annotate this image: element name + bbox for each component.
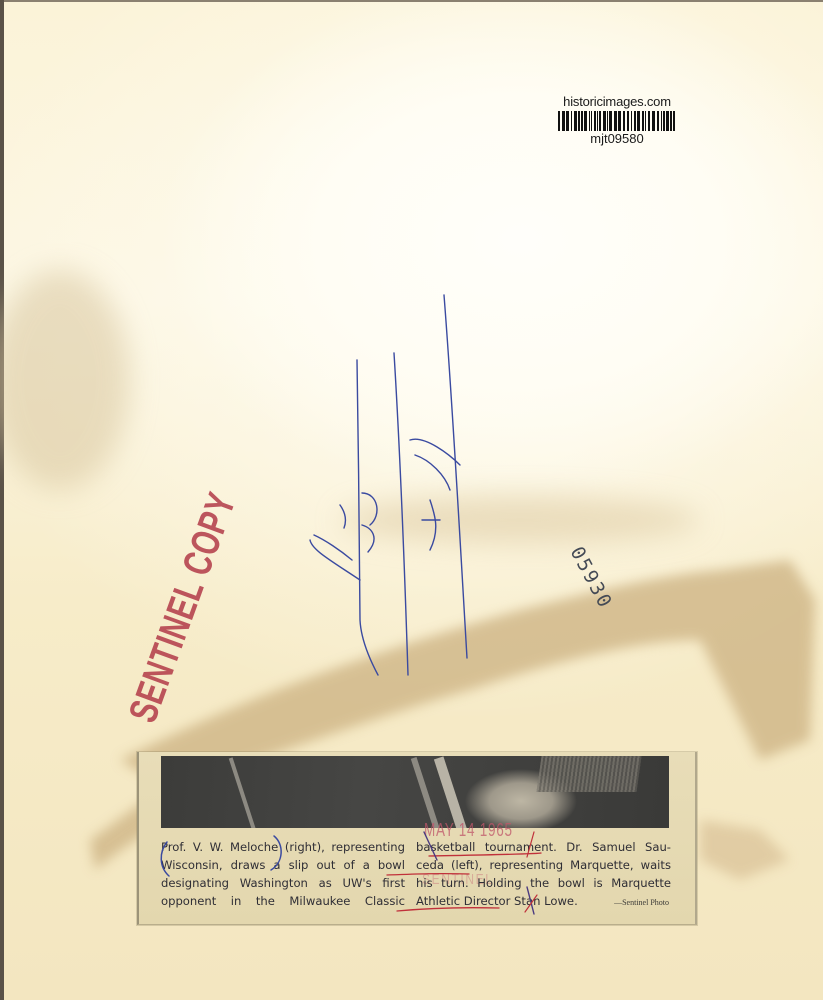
caption-line: his turn. Holding the bowl is Marquette — [416, 874, 671, 892]
caption-line: opponent in the Milwaukee Classic — [161, 892, 405, 910]
barcode-site-text: historicimages.com — [556, 95, 678, 109]
newspaper-clipping: MAY 14 1965 SENTINEL Prof. V. W. Meloche… — [137, 752, 697, 925]
caption-line: Prof. V. W. Meloche (right), representin… — [161, 838, 405, 856]
scan-edge-top — [0, 0, 823, 2]
sentinel-copy-stamp: SENTINEL COPY — [121, 490, 249, 730]
photo-back-scan: historicimages.com mjt09580 SENTINEL COP… — [0, 0, 823, 1000]
caption-line: Wisconsin, draws a slip out of a bowl — [161, 856, 405, 874]
file-number-stamp: 05930 — [566, 543, 617, 613]
clipping-photo — [161, 756, 669, 828]
barcode-id-text: mjt09580 — [556, 132, 678, 146]
handwritten-notes — [290, 290, 490, 680]
caption-line: ceda (left), representing Marquette, wai… — [416, 856, 671, 874]
bowl-image — [536, 756, 641, 792]
photo-credit: —Sentinel Photo — [614, 898, 669, 907]
caption-left-column: Prof. V. W. Meloche (right), representin… — [161, 838, 405, 910]
scan-edge-left — [0, 0, 4, 1000]
barcode-icon — [557, 111, 677, 131]
caption-line: basketball tournament. Dr. Samuel Sau- — [416, 838, 671, 856]
barcode-label: historicimages.com mjt09580 — [556, 95, 678, 146]
caption-line: designating Washington as UW's first — [161, 874, 405, 892]
